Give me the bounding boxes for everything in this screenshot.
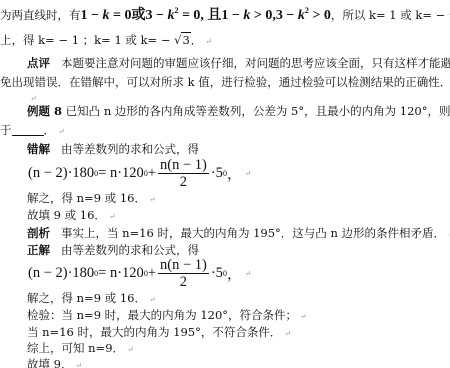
wrong-label: 错解 <box>27 142 50 156</box>
comment-line-2: 免出现错误．在错解中，可以对所求 k 值，进行检验，通过检验可以检测结果的正确性… <box>0 75 450 91</box>
paragraph-mark-icon: ↵ <box>244 269 251 278</box>
wrong-solve-line: 解之，得 n=9 或 16．↵ <box>27 191 156 207</box>
text: 为两直线时，有 <box>0 8 81 22</box>
final-fill-line: 故填 9．↵ <box>27 357 82 368</box>
analysis-label: 剖析 <box>27 226 50 240</box>
text: 综上，可知 n=9． <box>27 341 124 355</box>
text: 故填 9． <box>27 357 72 368</box>
fraction: n(n − 1)2 <box>158 257 209 290</box>
math-expr: 1 − k = 0或3 − k2 = 0, 且1 − k > 0,3 − k2 … <box>81 8 331 23</box>
correct-solution-line: 正解 由等差数列的求和公式，得 <box>27 243 199 257</box>
conclusion-line: 综上，可知 n=9．↵ <box>27 341 134 357</box>
text: 免出现错误．在错解中，可以对所求 k 值，进行检验，通过检验可以检测结果的正确性… <box>0 75 450 89</box>
text-line-1: 为两直线时，有1 − k = 0或3 − k2 = 0, 且1 − k > 0,… <box>0 4 450 23</box>
paragraph-mark-icon: ↵ <box>109 212 116 221</box>
text: ． <box>191 33 203 47</box>
paragraph-mark-icon: ↵ <box>127 345 134 354</box>
wrong-equation: (n − 2)·1800 = n·1200 + n(n − 1)2 ·50，↵ <box>28 156 251 190</box>
correct-label: 正解 <box>27 243 50 257</box>
text: 本题要注意对问题的审题应该仔细，对问题的思考应该全面，只有这样才能避 <box>61 56 450 70</box>
fraction: n(n − 1)2 <box>158 157 209 190</box>
example-line-1: 例题 8 已知凸 n 边形的各内角成等差数列，公差为 5°，且最小的内角为 12… <box>27 104 450 118</box>
text: 由等差数列的求和公式，得 <box>61 142 199 156</box>
text: ，所以 k= 1 或 k= − <box>331 8 449 22</box>
text: 已知凸 n 边形的各内角成等差数列，公差为 5°，且最小的内角为 120°，则 … <box>66 104 450 118</box>
text: 解之，得 n=9 或 16． <box>27 291 146 305</box>
wrong-solution-line: 错解 由等差数列的求和公式，得 <box>27 142 199 156</box>
paragraph-mark-icon: ↵ <box>30 94 37 103</box>
analysis-line: 剖析 事实上，当 n=16 时，最大的内角为 195°．这与凸 n 边形的条件相… <box>27 226 450 242</box>
paragraph-mark-icon: ↵ <box>284 329 291 338</box>
comment-label: 点评 <box>27 56 50 70</box>
text: 事实上，当 n=16 时，最大的内角为 195°．这与凸 n 边形的条件相矛盾． <box>61 226 445 240</box>
paragraph-mark-icon: ↵ <box>300 312 307 321</box>
comment-line-1: 点评 本题要注意对问题的审题应该仔细，对问题的思考应该全面，只有这样才能避 <box>27 56 450 70</box>
text: ． <box>44 123 56 137</box>
example-line-2: 于．↵ <box>0 123 65 139</box>
text: 由等差数列的求和公式，得 <box>61 243 199 257</box>
text: 当 n=16 时，最大的内角为 195°，不符合条件． <box>27 325 281 339</box>
text: 故填 9 或 16． <box>27 208 106 222</box>
check-line-1: 检验：当 n=9 时，最大的内角为 120°，符合条件；↵ <box>27 308 307 324</box>
text: 检验：当 n=9 时，最大的内角为 120°，符合条件； <box>27 308 297 322</box>
correct-solve-line: 解之，得 n=9 或 16．↵ <box>27 291 156 307</box>
paragraph-mark-icon: ↵ <box>205 37 212 46</box>
check-line-2: 当 n=16 时，最大的内角为 195°，不符合条件．↵ <box>27 325 291 341</box>
wrong-fill-line: 故填 9 或 16．↵ <box>27 208 116 224</box>
paragraph-mark-icon: ↵ <box>75 361 82 368</box>
text: 于 <box>0 123 12 137</box>
paragraph-mark-icon: ↵ <box>58 127 65 136</box>
paragraph-mark-icon: ↵ <box>149 195 156 204</box>
sqrt-symbol: √3 <box>174 33 191 47</box>
text-line-2: 上，得 k= − 1 ；k= 1 或 k= − √3．↵ <box>0 33 212 49</box>
answer-blank <box>12 125 44 136</box>
text: 上，得 k= − 1 ；k= 1 或 k= − <box>0 33 174 47</box>
text: 解之，得 n=9 或 16． <box>27 191 146 205</box>
paragraph-mark-icon: ↵ <box>149 295 156 304</box>
paragraph-mark-icon: ↵ <box>244 169 251 178</box>
example-label: 例题 8 <box>27 104 62 118</box>
correct-equation: (n − 2)·1800 = n·1200 + n(n − 1)2 ·50，↵ <box>28 256 251 290</box>
